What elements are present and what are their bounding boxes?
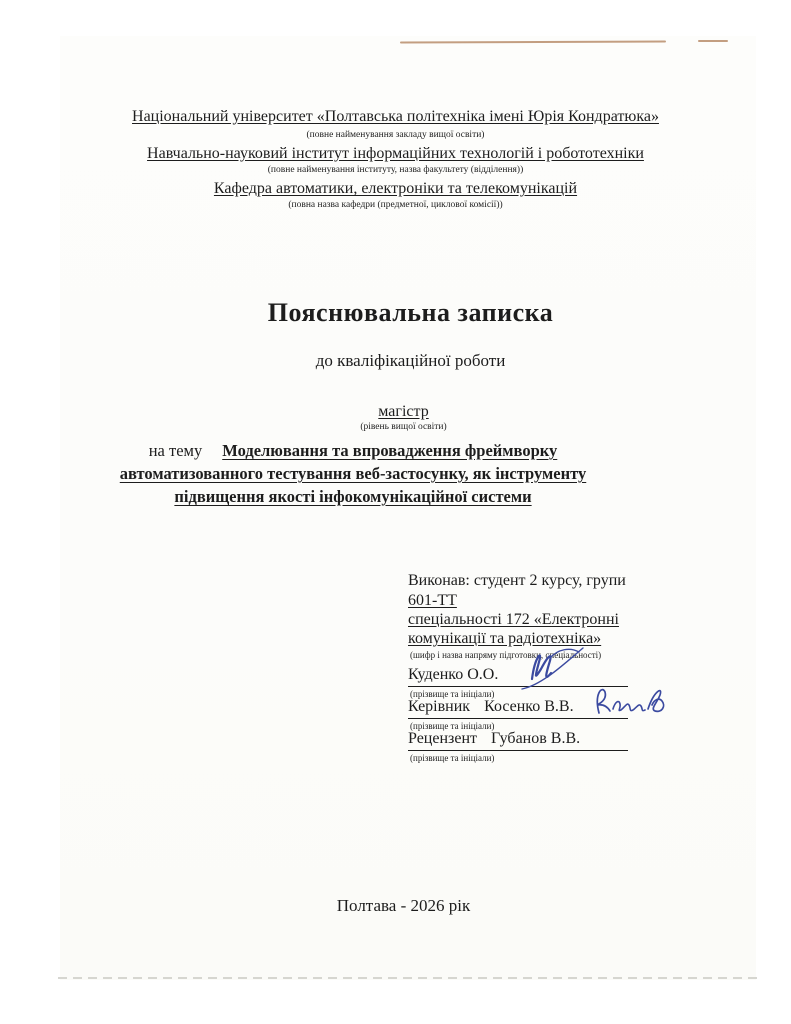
reviewer-name: Губанов В.В.: [491, 730, 580, 747]
degree-row: магістр: [8, 403, 791, 421]
speciality-line-1: спеціальності 172 «Електронні: [408, 611, 619, 628]
page-bottom-edge: [58, 977, 758, 979]
reviewer-row: РецензентГубанов В.В.: [408, 730, 628, 751]
topic-prefix: на тему: [149, 441, 203, 460]
reviewer-label: Рецензент: [408, 730, 477, 747]
supervisor-name: Косенко В.В.: [484, 698, 574, 715]
group-code: 601-ТТ: [408, 592, 457, 609]
author-name: Куденко О.О.: [408, 666, 498, 683]
group-row: 601-ТТ: [408, 592, 457, 610]
performer-intro: Виконав: студент 2 курсу, групи: [408, 572, 626, 590]
reviewer-caption: (прізвище та ініціали): [410, 753, 494, 763]
city-year: Полтава - 2026 рік: [8, 896, 791, 916]
degree-level: магістр: [368, 403, 438, 420]
paper-background: [60, 36, 756, 980]
topic-line-2: автоматизованного тестування веб-застосу…: [0, 464, 706, 484]
topic-text-1: Моделювання та впровадження фреймворку: [222, 441, 557, 460]
topic-line-3: підвищення якості інфокомунікаційної сис…: [0, 487, 706, 507]
speciality-row-1: спеціальності 172 «Електронні: [408, 611, 619, 629]
department-caption: (повна назва кафедри (предметної, циклов…: [0, 200, 791, 210]
scanned-title-page: Національний університет «Полтавська пол…: [0, 0, 791, 1024]
topic-text-3: підвищення якості інфокомунікаційної сис…: [174, 487, 531, 506]
document-title: Пояснювальна записка: [15, 298, 791, 328]
degree-caption: (рівень вищої освіти): [8, 422, 791, 432]
topic-text-2: автоматизованного тестування веб-застосу…: [120, 464, 587, 483]
topic-line-1: на темуМоделювання та впровадження фрейм…: [0, 441, 706, 461]
supervisor-signature: [592, 682, 674, 720]
document-subtitle: до кваліфікаційної роботи: [15, 351, 791, 371]
author-signature: [520, 644, 586, 694]
university-caption: (повне найменування закладу вищої освіти…: [0, 130, 791, 140]
institute-name: Навчально-науковий інститут інформаційни…: [0, 145, 791, 163]
university-name: Національний університет «Полтавська пол…: [0, 108, 791, 126]
supervisor-label: Керівник: [408, 698, 470, 715]
department-name: Кафедра автоматики, електроніки та телек…: [0, 180, 791, 198]
scan-artifact-line-dash: [698, 40, 728, 42]
institute-caption: (повне найменування інституту, назва фак…: [0, 165, 791, 175]
